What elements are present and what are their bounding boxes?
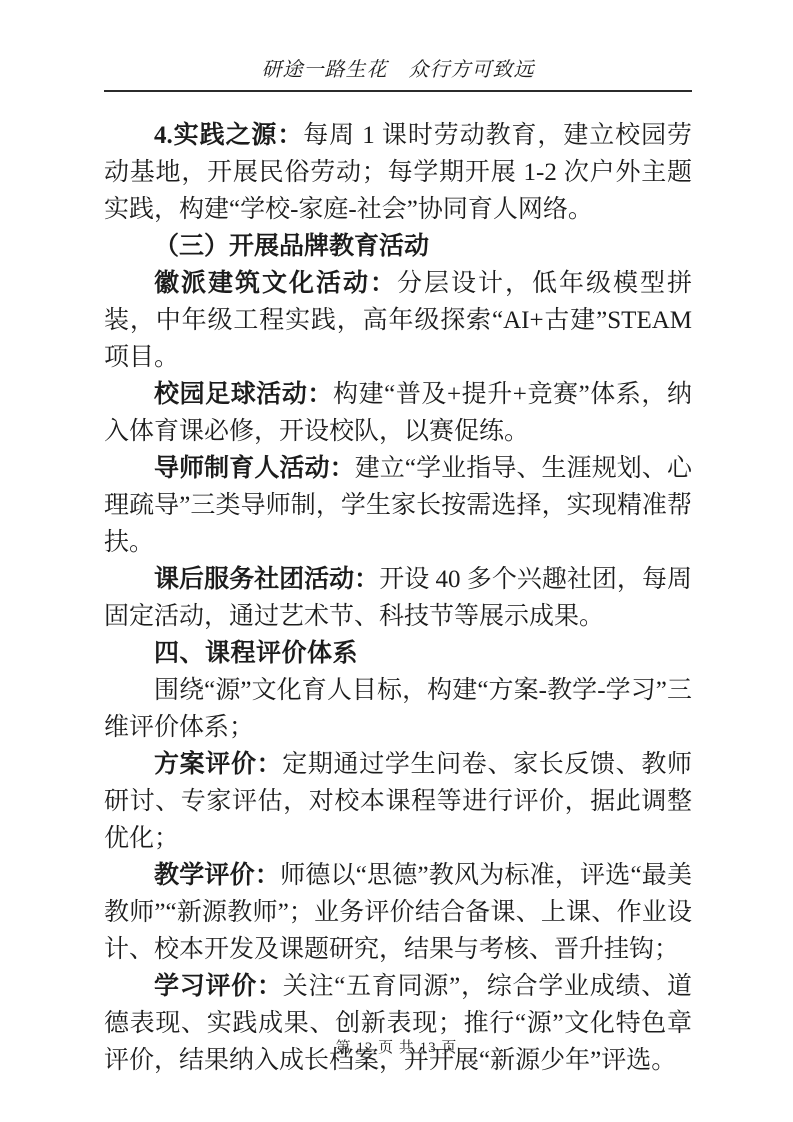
paragraph-lead: 校园足球活动： bbox=[154, 381, 333, 408]
document-body: 4.实践之源：每周 1 课时劳动教育，建立校园劳动基地，开展民俗劳动；每学期开展… bbox=[104, 117, 692, 1079]
paragraph: 教学评价：师德以“思德”教风为标准，评选“最美教师”“新源教师”；业务评价结合备… bbox=[104, 857, 692, 968]
paragraph: 导师制育人活动：建立“学业指导、生涯规划、心理疏导”三类导师制，学生家长按需选择… bbox=[104, 450, 692, 561]
paragraph-lead: 方案评价： bbox=[154, 751, 282, 778]
paragraph: 四、课程评价体系 bbox=[104, 635, 692, 672]
header-motto: 研途一路生花 众行方可致远 bbox=[262, 56, 535, 84]
paragraph: 徽派建筑文化活动：分层设计，低年级模型拼装，中年级工程实践，高年级探索“AI+古… bbox=[104, 265, 692, 376]
paragraph-lead: 四、课程评价体系 bbox=[154, 639, 358, 667]
paragraph-text: 围绕“源”文化育人目标，构建“方案-教学-学习”三维评价体系； bbox=[104, 677, 692, 741]
paragraph-lead: （三）开展品牌教育活动 bbox=[154, 233, 429, 260]
paragraph: 课后服务社团活动：开设 40 多个兴趣社团，每周固定活动，通过艺术节、科技节等展… bbox=[104, 561, 692, 635]
page-header: 研途一路生花 众行方可致远 bbox=[104, 56, 692, 92]
paragraph: 校园足球活动：构建“普及+提升+竞赛”体系，纳入体育课必修，开设校队，以赛促练。 bbox=[104, 376, 692, 450]
paragraph-lead: 导师制育人活动： bbox=[154, 455, 355, 482]
paragraph: 围绕“源”文化育人目标，构建“方案-教学-学习”三维评价体系； bbox=[104, 672, 692, 746]
paragraph: 4.实践之源：每周 1 课时劳动教育，建立校园劳动基地，开展民俗劳动；每学期开展… bbox=[104, 117, 692, 228]
document-page: 研途一路生花 众行方可致远 4.实践之源：每周 1 课时劳动教育，建立校园劳动基… bbox=[0, 0, 793, 1122]
paragraph-lead: 学习评价： bbox=[154, 973, 283, 1000]
paragraph-lead: 课后服务社团活动： bbox=[154, 566, 379, 593]
paragraph-lead: 4.实践之源： bbox=[154, 122, 303, 149]
paragraph: 方案评价：定期通过学生问卷、家长反馈、教师研讨、专家评估，对校本课程等进行评价，… bbox=[104, 746, 692, 857]
paragraph-lead: 教学评价： bbox=[154, 862, 280, 889]
paragraph-lead: 徽派建筑文化活动： bbox=[154, 270, 397, 297]
paragraph: （三）开展品牌教育活动 bbox=[104, 228, 692, 265]
paragraph: 学习评价：关注“五育同源”，综合学业成绩、道德表现、实践成果、创新表现；推行“源… bbox=[104, 968, 692, 1079]
page-number-label: 第 12 页 共 13 页 bbox=[336, 1040, 458, 1056]
page-footer: 第 12 页 共 13 页 bbox=[0, 1038, 793, 1058]
